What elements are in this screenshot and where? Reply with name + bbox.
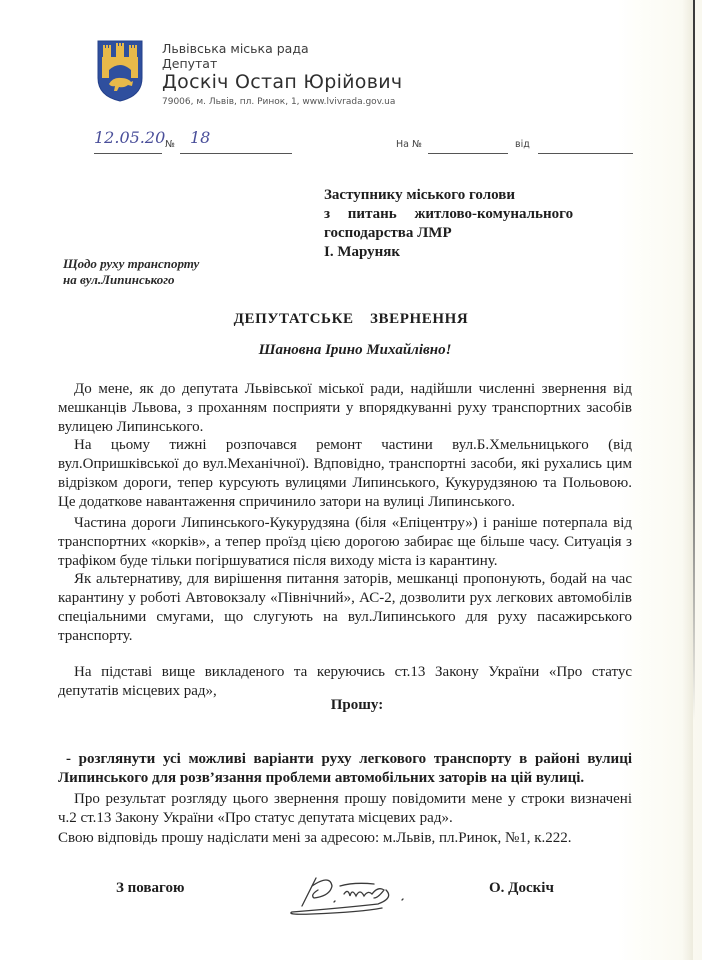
sender-role: Депутат (162, 56, 217, 71)
request-label: Прошу: (0, 697, 702, 714)
addressee-line: Заступнику міського голови (324, 186, 624, 205)
letter-page: Львівська міська рада Депутат Доскіч Ост… (0, 0, 702, 960)
addressee-line: з питань житлово-комунального (324, 205, 624, 224)
subject-block: Щодо руху транспорту на вул.Липинського (63, 256, 199, 288)
lviv-coat-of-arms-icon (97, 40, 143, 102)
addressee-line: І. Маруняк (324, 243, 624, 262)
number-label: № (165, 139, 175, 150)
sender-name: Доскіч Остап Юрійович (162, 71, 402, 93)
reply-number-underline (428, 153, 508, 154)
page-edge-line (693, 0, 695, 720)
page-edge-shadow (682, 0, 693, 960)
organization-name: Львівська міська рада (162, 41, 309, 56)
paragraph: Про результат розгляду цього звернення п… (58, 790, 632, 828)
subject-line: Щодо руху транспорту (63, 256, 199, 272)
closing-phrase: З повагою (116, 880, 184, 897)
handwritten-date: 12.05.20 (94, 128, 165, 147)
paragraph: Як альтернативу, для вирішення питання з… (58, 570, 632, 646)
sender-address: 79006, м. Львів, пл. Ринок, 1, www.lvivr… (162, 97, 395, 107)
paragraph: Свою відповідь прошу надіслати мені за а… (58, 829, 632, 848)
paragraph: Частина дороги Липинського-Кукурудзяна (… (58, 514, 632, 571)
signer-name: О. Доскіч (489, 880, 554, 897)
reply-number-label: На № (396, 139, 422, 150)
addressee-line: господарства ЛМР (324, 224, 624, 243)
paragraph: До мене, як до депутата Львівської міськ… (58, 380, 632, 437)
reply-date-label: від (515, 139, 530, 150)
addressee-block: Заступнику міського голови з питань житл… (324, 186, 624, 262)
handwritten-signature-icon (282, 868, 432, 920)
subject-line: на вул.Липинського (63, 272, 199, 288)
document-title: ДЕПУТАТСЬКЕ ЗВЕРНЕННЯ (0, 311, 702, 328)
number-underline (180, 153, 292, 154)
paragraph: На підставі вище викладеного та керуючис… (58, 663, 632, 701)
paragraph: На цьому тижні розпочався ремонт частини… (58, 436, 632, 512)
request-text: - розглянути усі можливі варіанти руху л… (58, 750, 632, 788)
reply-date-underline (538, 153, 633, 154)
greeting: Шановна Ірино Михайлівно! (0, 342, 702, 359)
handwritten-number: 18 (190, 128, 210, 147)
date-underline (94, 153, 162, 154)
